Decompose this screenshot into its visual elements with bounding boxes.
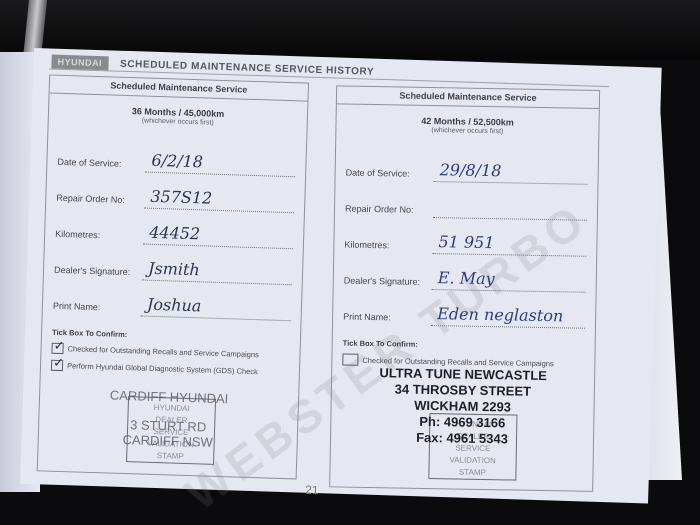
page-header: HYUNDAI SCHEDULED MAINTENANCE SERVICE HI… xyxy=(51,55,374,79)
dealer-signature-field: Dealer's Signature: E. May xyxy=(344,263,586,293)
dealer-stamp: ULTRA TUNE NEWCASTLE 34 THROSBY STREET W… xyxy=(331,364,594,449)
field-label: Date of Service: xyxy=(346,168,434,183)
print-name-value[interactable]: Eden neglaston xyxy=(431,303,585,329)
kilometres-field: Kilometres: 44452 xyxy=(55,216,294,249)
service-panel-42-months: Scheduled Maintenance Service 42 Months … xyxy=(329,85,600,492)
service-interval: 36 Months / 45,000km (whichever occurs f… xyxy=(49,104,307,130)
field-label: Print Name: xyxy=(53,301,141,317)
print-name-field: Print Name: Joshua xyxy=(53,288,292,321)
dealer-stamp: CARDIFF HYUNDAI 3 STURT RD CARDIFF NSW xyxy=(39,385,299,452)
field-label: Kilometres: xyxy=(55,229,143,245)
service-interval: 42 Months / 52,500km (whichever occurs f… xyxy=(336,114,598,137)
service-panel-36-months: Scheduled Maintenance Service 36 Months … xyxy=(37,74,309,479)
date-of-service-value[interactable]: 6/2/18 xyxy=(145,150,296,178)
kilometres-value[interactable]: 51 951 xyxy=(432,231,586,257)
dealer-signature-value[interactable]: Jsmith xyxy=(142,258,293,286)
stamp-box-line: STAMP xyxy=(429,466,515,479)
tick-box-heading: Tick Box To Confirm: xyxy=(52,328,300,345)
repair-order-value[interactable] xyxy=(433,195,587,221)
recalls-checkbox[interactable] xyxy=(51,343,63,354)
field-label: Dealer's Signature: xyxy=(344,276,432,291)
gds-checkbox[interactable] xyxy=(51,360,63,371)
kilometres-value[interactable]: 44452 xyxy=(143,222,294,250)
field-label: Print Name: xyxy=(343,312,431,327)
page-number: 21 xyxy=(305,483,319,497)
stamp-box-line: STAMP xyxy=(127,449,213,464)
field-label: Repair Order No: xyxy=(345,204,433,219)
panel-title: Scheduled Maintenance Service xyxy=(50,76,308,102)
date-of-service-field: Date of Service: 6/2/18 xyxy=(57,144,296,177)
field-label: Dealer's Signature: xyxy=(54,265,142,281)
print-name-field: Print Name: Eden neglaston xyxy=(343,299,585,329)
gds-check-row: Perform Hyundai Global Diagnostic System… xyxy=(51,360,299,379)
dealer-signature-field: Dealer's Signature: Jsmith xyxy=(54,252,293,285)
field-label: Repair Order No: xyxy=(56,193,144,209)
date-of-service-value[interactable]: 29/8/18 xyxy=(434,159,588,185)
service-history-page: HYUNDAI SCHEDULED MAINTENANCE SERVICE HI… xyxy=(20,48,661,504)
field-label: Kilometres: xyxy=(344,240,432,255)
repair-order-value[interactable]: 357S12 xyxy=(144,186,295,214)
kilometres-field: Kilometres: 51 951 xyxy=(344,227,586,257)
checkbox-label: Checked for Outstanding Recalls and Serv… xyxy=(67,344,259,359)
repair-order-field: Repair Order No: 357S12 xyxy=(56,180,295,213)
repair-order-field: Repair Order No: xyxy=(345,191,587,221)
checkbox-label: Perform Hyundai Global Diagnostic System… xyxy=(67,361,258,376)
dealer-stamp-line: Fax: 4961 5343 xyxy=(331,428,593,449)
print-name-value[interactable]: Joshua xyxy=(141,293,292,321)
field-label: Date of Service: xyxy=(57,157,145,173)
recalls-check-row: Checked for Outstanding Recalls and Serv… xyxy=(51,343,299,362)
tick-box-heading: Tick Box To Confirm: xyxy=(343,339,595,352)
date-of-service-field: Date of Service: 29/8/18 xyxy=(346,155,588,185)
dealer-signature-value[interactable]: E. May xyxy=(432,267,586,293)
panel-title: Scheduled Maintenance Service xyxy=(337,86,599,109)
